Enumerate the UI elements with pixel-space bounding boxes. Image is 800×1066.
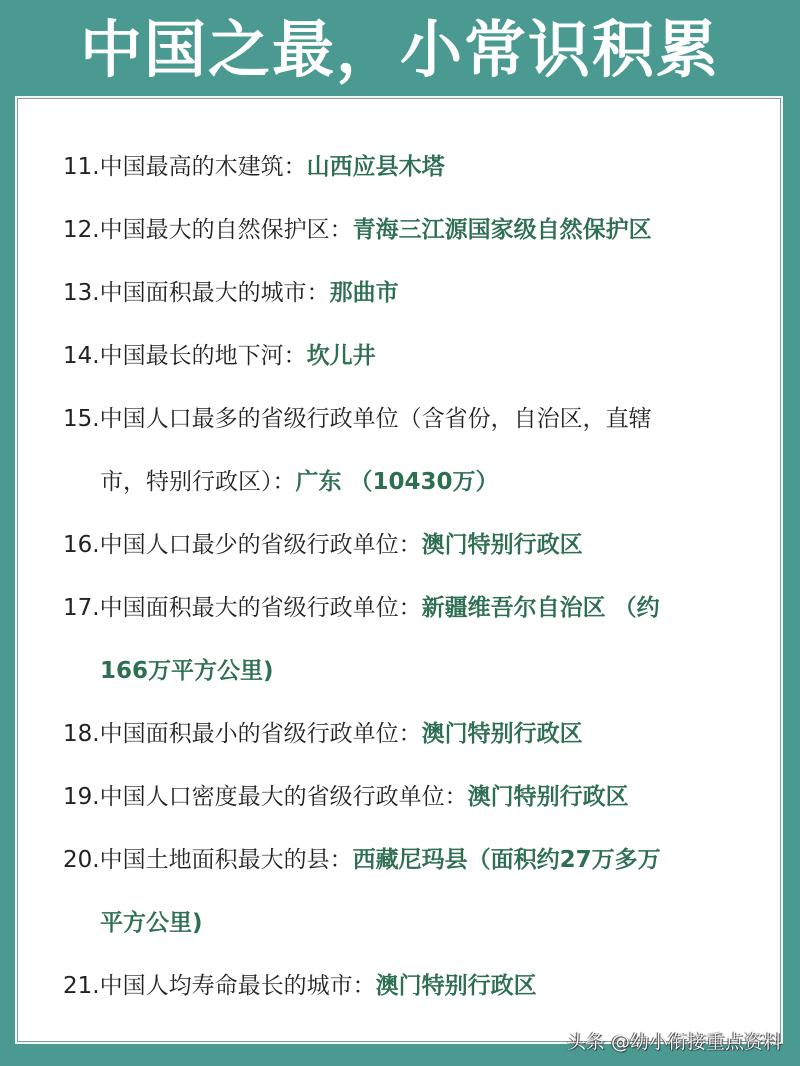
answer-text: 澳门特别行政区 [422,721,583,747]
answer-text: 澳门特别行政区 [468,784,629,810]
answer-text: 澳门特别行政区 [422,532,583,558]
list-item: 16.中国人口最少的省级行政单位：澳门特别行政区 [63,514,753,577]
page-title: 中国之最，小常识积累 [0,10,800,90]
answer-text: 澳门特别行政区 [376,973,537,999]
question-text: 11.中国最高的木建筑： [63,154,307,180]
question-text: 15.中国人口最多的省级行政单位（含省份，自治区，直辖 [63,406,652,432]
continuation-line: 市，特别行政区）：广东 （10430万） [63,451,753,514]
question-text: 14.中国最长的地下河： [63,343,307,369]
list-item: 17.中国面积最大的省级行政单位：新疆维吾尔自治区 （约166万平方公里) [63,577,753,703]
list-item: 15.中国人口最多的省级行政单位（含省份，自治区，直辖市，特别行政区）：广东 （… [63,388,753,514]
watermark: 头条 @幼小衔接重点资料 [567,1027,782,1054]
question-text: 20.中国土地面积最大的县： [63,847,353,873]
list-item: 20.中国土地面积最大的县：西藏尼玛县（面积约27万多万平方公里) [63,829,753,955]
list-item: 11.中国最高的木建筑：山西应县木塔 [63,136,753,199]
answer-text-continued: 平方公里) [63,892,753,955]
answer-text: 青海三江源国家级自然保护区 [353,217,652,243]
list-item: 19.中国人口密度最大的省级行政单位：澳门特别行政区 [63,766,753,829]
answer-text: 山西应县木塔 [307,154,445,180]
question-text: 13.中国面积最大的城市： [63,280,330,306]
answer-text: 新疆维吾尔自治区 （约 [422,595,660,621]
list-item: 14.中国最长的地下河：坎儿井 [63,325,753,388]
list-item: 12.中国最大的自然保护区：青海三江源国家级自然保护区 [63,199,753,262]
list-item: 13.中国面积最大的城市：那曲市 [63,262,753,325]
question-text: 16.中国人口最少的省级行政单位： [63,532,422,558]
facts-list: 11.中国最高的木建筑：山西应县木塔 12.中国最大的自然保护区：青海三江源国家… [63,136,753,1018]
question-text: 17.中国面积最大的省级行政单位： [63,595,422,621]
list-item: 21.中国人均寿命最长的城市：澳门特别行政区 [63,955,753,1018]
list-item: 18.中国面积最小的省级行政单位：澳门特别行政区 [63,703,753,766]
question-text: 18.中国面积最小的省级行政单位： [63,721,422,747]
answer-text-continued: 166万平方公里) [63,640,753,703]
question-text: 19.中国人口密度最大的省级行政单位： [63,784,468,810]
answer-text: 广东 （10430万） [296,469,499,495]
answer-text: 那曲市 [330,280,399,306]
answer-text: 西藏尼玛县（面积约27万多万 [353,847,661,873]
answer-text: 坎儿井 [307,343,376,369]
question-text: 12.中国最大的自然保护区： [63,217,353,243]
question-text-continued: 市，特别行政区）： [100,469,296,495]
question-text: 21.中国人均寿命最长的城市： [63,973,376,999]
